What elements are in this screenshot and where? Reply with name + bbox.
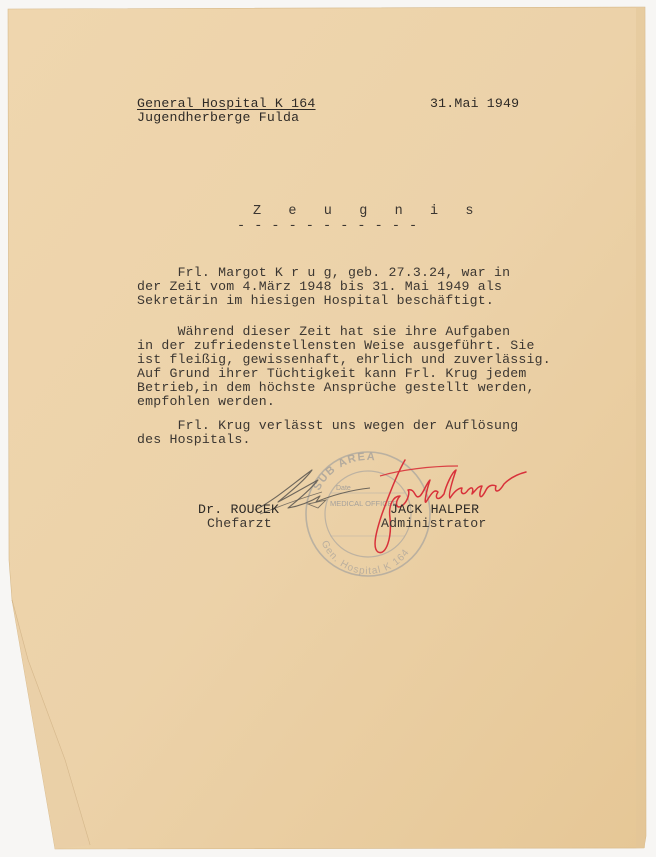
letter-date: 31.Mai 1949 [430, 97, 519, 111]
paragraph-2-line-3: ist fleißig, gewissenhaft, ehrlich und z… [137, 353, 551, 367]
letterhead-location: Jugendherberge Fulda [137, 111, 299, 125]
signatory-right-title: Administrator [381, 517, 486, 531]
signatory-right-name: JACK HALPER [390, 503, 479, 517]
paragraph-2-line-6: empfohlen werden. [137, 395, 275, 409]
paragraph-1-line-2: der Zeit vom 4.März 1948 bis 31. Mai 194… [137, 280, 502, 294]
document-title: Z e u g n i s [253, 205, 483, 219]
document-page: General Hospital K 164 Jugendherberge Fu… [0, 0, 656, 857]
letterhead-hospital: General Hospital K 164 [137, 97, 316, 111]
paragraph-2-line-2: in der zufriedenstellensten Weise ausgef… [137, 339, 535, 353]
paragraph-3-line-2: des Hospitals. [137, 433, 251, 447]
paragraph-2-line-5: Betrieb,in dem höchste Ansprüche gestell… [137, 381, 535, 395]
signatory-left-name: Dr. ROUCEK [198, 503, 279, 517]
title-underline: - - - - - - - - - - - [237, 220, 418, 234]
paragraph-1-line-3: Sekretärin im hiesigen Hospital beschäft… [137, 294, 494, 308]
paragraph-2-line-4: Auf Grund ihrer Tüchtigkeit kann Frl. Kr… [137, 367, 526, 381]
paragraph-2-line-1: Während dieser Zeit hat sie ihre Aufgabe… [137, 325, 510, 339]
paragraph-3-line-1: Frl. Krug verlässt uns wegen der Auflösu… [137, 419, 518, 433]
signatory-left-title: Chefarzt [207, 517, 272, 531]
paragraph-1-line-1: Frl. Margot K r u g, geb. 27.3.24, war i… [137, 266, 510, 280]
